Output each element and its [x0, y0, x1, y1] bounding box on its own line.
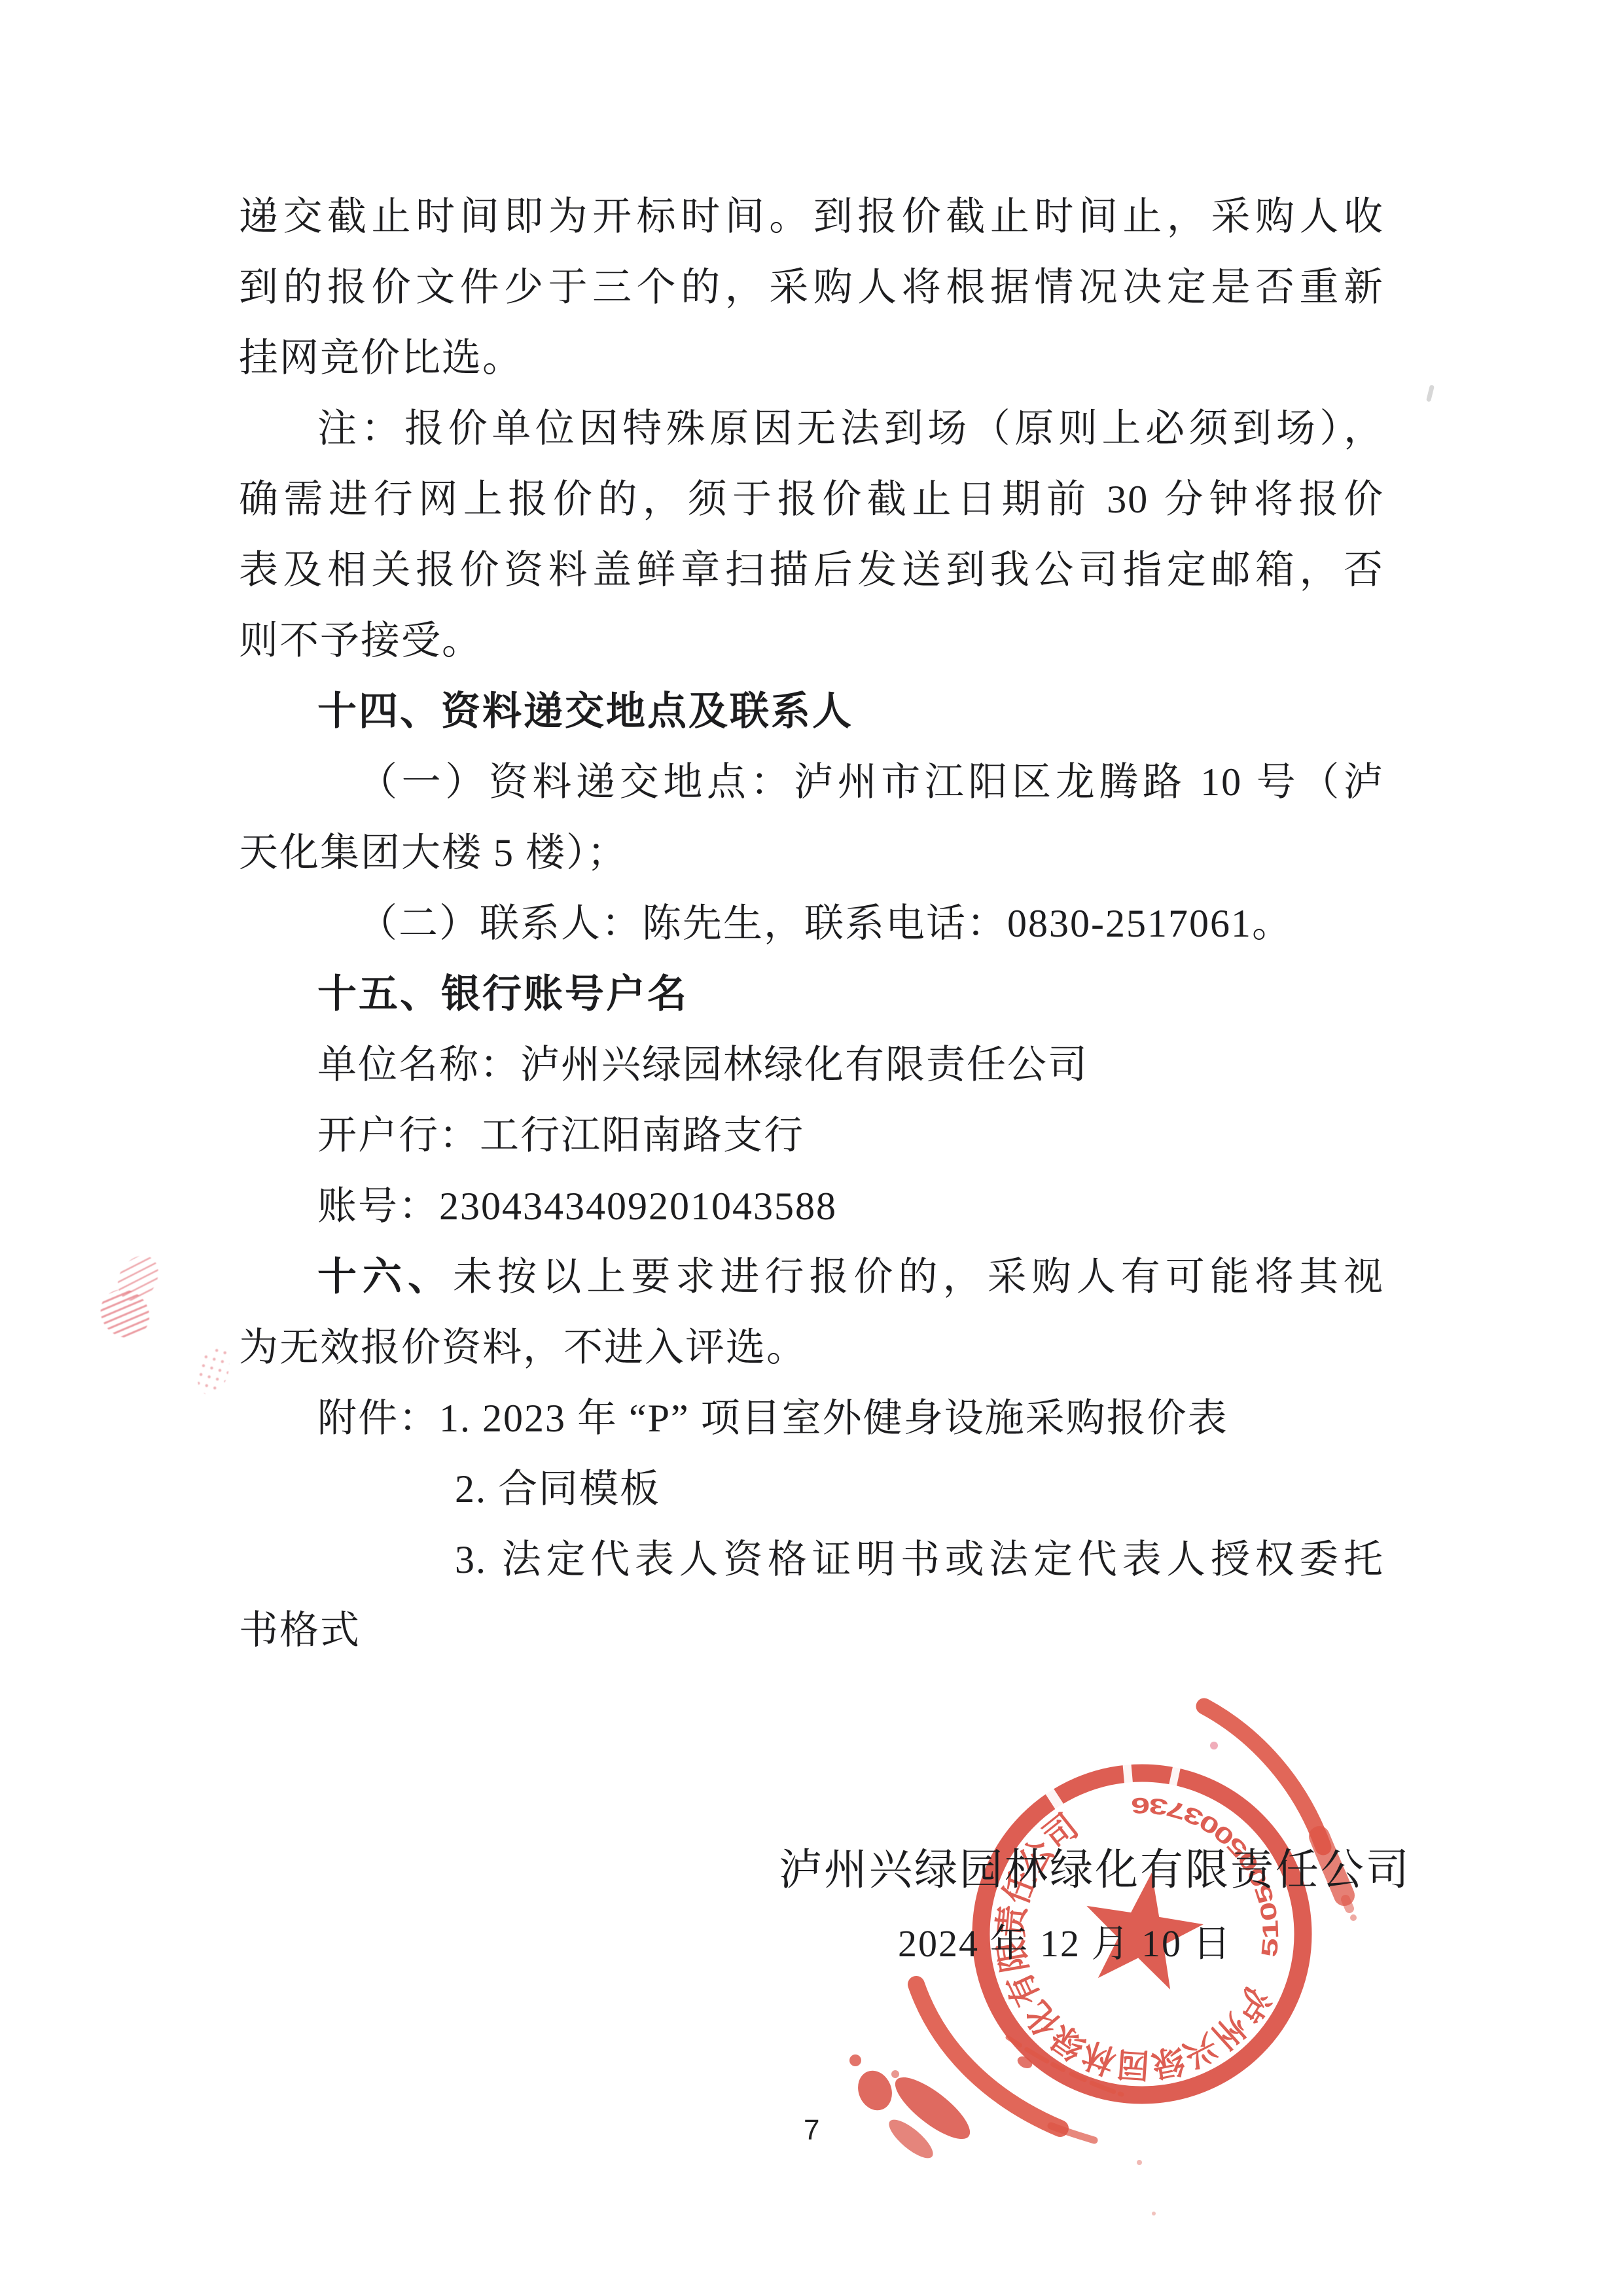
body-line: （一）资料递交地点：泸州市江阳区龙腾路 10 号（泸 — [239, 747, 1384, 817]
scan-artifact — [1426, 385, 1435, 403]
body-line: （二）联系人：陈先生，联系电话：0830-2517061。 — [239, 888, 1384, 959]
ink-speck — [1210, 1742, 1218, 1749]
signature-date: 2024 年 12 月 10 日 — [898, 1916, 1232, 1971]
body-line: 挂网竞价比选。 — [239, 323, 1384, 393]
body-line: 注：报价单位因特殊原因无法到场（原则上必须到场）， — [239, 393, 1384, 464]
ink-speck — [1350, 1914, 1357, 1921]
ink-smudge-cluster — [849, 2054, 1156, 2215]
body-line: 开户行：工行江阳南路支行 — [239, 1100, 1384, 1171]
body-line: 天化集团大楼 5 楼）； — [239, 817, 1384, 888]
body-line: 账号：2304343409201043588 — [239, 1171, 1384, 1242]
attachment-list-item: 附件：1. 2023 年 “P” 项目室外健身设施采购报价表 — [239, 1383, 1384, 1454]
page-number: 7 — [804, 2114, 819, 2147]
body-line: 为无效报价资料，不进入评选。 — [239, 1312, 1384, 1383]
body-line: 递交截止时间即为开标时间。到报价截止时间止，采购人收 — [239, 181, 1384, 252]
body-line: 单位名称：泸州兴绿园林绿化有限责任公司 — [239, 1030, 1384, 1100]
body-line: 确需进行网上报价的，须于报价截止日期前 30 分钟将报价 — [239, 464, 1384, 535]
signature-company-name: 泸州兴绿园林绿化有限责任公司 — [779, 1840, 1411, 1901]
body-line: 表及相关报价资料盖鲜章扫描后发送到我公司指定邮箱，否 — [239, 535, 1384, 605]
fingerprint-smudge — [192, 1342, 234, 1399]
document-body: 递交截止时间即为开标时间。到报价截止时间止，采购人收 到的报价文件少于三个的，采… — [239, 181, 1384, 1666]
body-line: 到的报价文件少于三个的，采购人将根据情况决定是否重新 — [239, 252, 1384, 323]
section-heading-14: 十四、资料递交地点及联系人 — [239, 676, 1384, 747]
document-page: 递交截止时间即为开标时间。到报价截止时间止，采购人收 到的报价文件少于三个的，采… — [0, 0, 1623, 2296]
section-heading-16: 十六、未按以上要求进行报价的，采购人有可能将其视 — [239, 1242, 1384, 1312]
attachment-list-item: 2. 合同模板 — [239, 1454, 1384, 1524]
body-line: 则不予接受。 — [239, 605, 1384, 676]
section-heading-15: 十五、银行账号户名 — [239, 959, 1384, 1030]
